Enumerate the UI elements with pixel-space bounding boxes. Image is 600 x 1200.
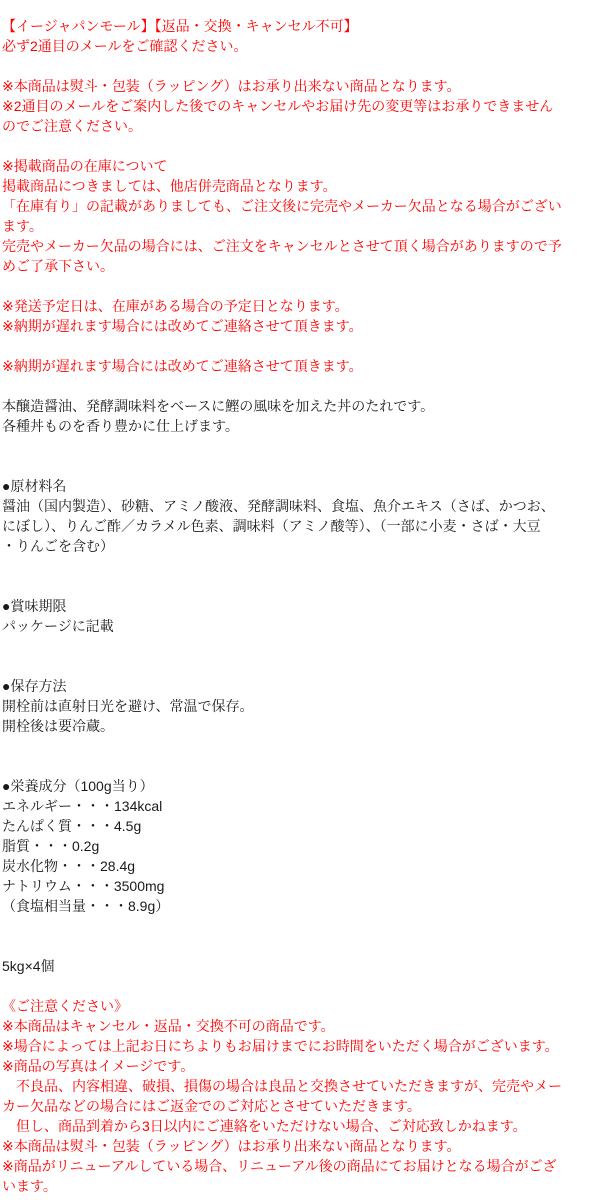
blank-line [2, 456, 592, 476]
caution-notice-line: 不良品、内容相違、破損、損傷の場合は良品と交換させていただきますが、完売やメー [2, 1076, 592, 1096]
blank-line [2, 436, 592, 456]
best-before-line: パッケージに記載 [2, 616, 592, 636]
blank-line [2, 656, 592, 676]
nutrition-facts-line: ●栄養成分（100g当り） [2, 776, 592, 796]
storage-method-line: 開栓後は要冷蔵。 [2, 716, 592, 736]
package-size-line: 5kg×4個 [2, 956, 592, 976]
product-description-line: 本醸造醤油、発酵調味料をベースに鰹の風味を加えた丼のたれです。 [2, 396, 592, 416]
caution-notice-line: 但し、商品到着から3日以内にご連絡をいただけない場合、ご対応致しかねます。 [2, 1116, 592, 1136]
wrapping-cancel-notice-line: のでご注意ください。 [2, 116, 592, 136]
caution-notice-line: ※本商品は熨斗・包装（ラッピング）はお承り出来ない商品となります。 [2, 1136, 592, 1156]
blank-line [2, 756, 592, 776]
nutrition-facts-line: たんぱく質・・・4.5g [2, 816, 592, 836]
caution-notice-line: ※商品の写真はイメージです。 [2, 1056, 592, 1076]
shipping-date-notice-line: ※納期が遅れます場合には改めてご連絡させて頂きます。 [2, 316, 592, 336]
stock-notice-line: ※掲載商品の在庫について [2, 156, 592, 176]
header-warning-line: 【イージャパンモール】【返品・交換・キャンセル不可】 [2, 16, 592, 36]
blank-line [2, 136, 592, 156]
blank-line [2, 276, 592, 296]
caution-notice-line: カー欠品などの場合にはご返金でのご対応とさせていただきます。 [2, 1096, 592, 1116]
stock-notice-line: 完売やメーカー欠品の場合には、ご注文をキャンセルとさせて頂く場合がありますので予 [2, 236, 592, 256]
ingredients-line: ・りんごを含む） [2, 536, 592, 556]
ingredients-line: 醤油（国内製造）、砂糖、アミノ酸液、発酵調味料、食塩、魚介エキス（さば、かつお、 [2, 496, 592, 516]
caution-notice-line: 《ご注意ください》 [2, 996, 592, 1016]
ingredients-line: ●原材料名 [2, 476, 592, 496]
blank-line [2, 936, 592, 956]
best-before-line: ●賞味期限 [2, 596, 592, 616]
blank-line [2, 336, 592, 356]
product-description-line: 各種丼ものを香り豊かに仕上げます。 [2, 416, 592, 436]
stock-notice-line: ます。 [2, 216, 592, 236]
caution-notice-line: ※場合によっては上記お日にちよりもお届けまでにお時間をいただく場合がございます。 [2, 1036, 592, 1056]
nutrition-facts-line: 炭水化物・・・28.4g [2, 856, 592, 876]
blank-line [2, 636, 592, 656]
caution-notice-line: ※本商品はキャンセル・返品・交換不可の商品です。 [2, 1016, 592, 1036]
storage-method-line: ●保存方法 [2, 676, 592, 696]
wrapping-cancel-notice-line: ※本商品は熨斗・包装（ラッピング）はお承り出来ない商品となります。 [2, 76, 592, 96]
stock-notice-line: めご了承下さい。 [2, 256, 592, 276]
blank-line [2, 736, 592, 756]
header-warning-line: 必ず2通目のメールをご確認ください。 [2, 36, 592, 56]
blank-line [2, 56, 592, 76]
caution-notice-line: ※商品がリニューアルしている場合、リニューアル後の商品にてお届けとなる場合がござ [2, 1156, 592, 1176]
stock-notice-line: 掲載商品につきましては、他店併売商品となります。 [2, 176, 592, 196]
nutrition-facts-line: 脂質・・・0.2g [2, 836, 592, 856]
nutrition-facts-line: ナトリウム・・・3500mg [2, 876, 592, 896]
ingredients-line: にぼし）、りんご酢／カラメル色素、調味料（アミノ酸等）、（一部に小麦・さば・大豆 [2, 516, 592, 536]
delay-notice-line: ※納期が遅れます場合には改めてご連絡させて頂きます。 [2, 356, 592, 376]
blank-line [2, 556, 592, 576]
shipping-date-notice-line: ※発送予定日は、在庫がある場合の予定日となります。 [2, 296, 592, 316]
blank-line [2, 376, 592, 396]
nutrition-facts-line: （食塩相当量・・・8.9g） [2, 896, 592, 916]
blank-line [2, 576, 592, 596]
blank-line [2, 976, 592, 996]
caution-notice-line: います。 [2, 1176, 592, 1196]
stock-notice-line: 「在庫有り」の記載がありましても、ご注文後に完売やメーカー欠品となる場合がござい [2, 196, 592, 216]
storage-method-line: 開栓前は直射日光を避け、常温で保存。 [2, 696, 592, 716]
nutrition-facts-line: エネルギー・・・134kcal [2, 796, 592, 816]
wrapping-cancel-notice-line: ※2通目のメールをご案内した後でのキャンセルやお届け先の変更等はお承りできません [2, 96, 592, 116]
product-description-page: 【イージャパンモール】【返品・交換・キャンセル不可】必ず2通目のメールをご確認く… [0, 0, 600, 1200]
blank-line [2, 916, 592, 936]
